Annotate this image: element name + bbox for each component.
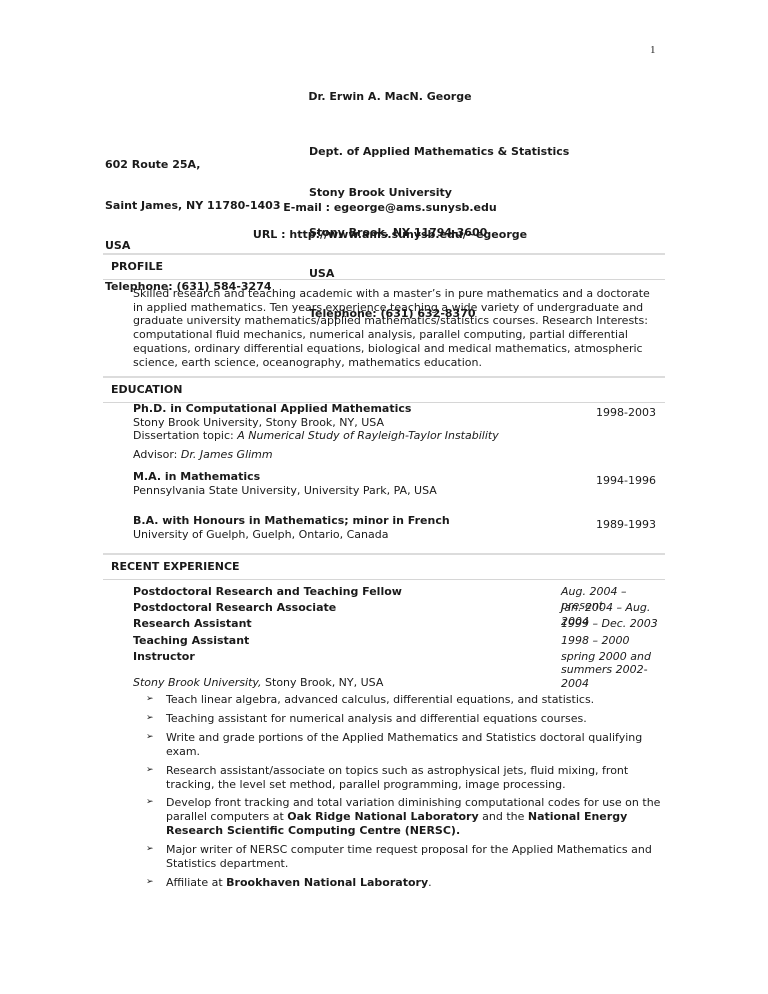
advisor-label: Advisor:: [133, 448, 181, 461]
education-dates: 1998-2003: [596, 406, 656, 420]
section-heading-education: EDUCATION: [103, 376, 665, 403]
arrowhead-bullet-icon: ➢: [146, 731, 154, 745]
institution: University of Guelph, Guelph, Ontario, C…: [133, 528, 663, 542]
section-heading-profile: PROFILE: [103, 253, 665, 280]
positions-list: Postdoctoral Research and Teaching Fello…: [133, 585, 663, 666]
experience-bullet: ➢Major writer of NERSC computer time req…: [146, 843, 666, 871]
institution: Stony Brook University, Stony Brook, NY,…: [133, 416, 663, 430]
experience-bullet: ➢Teach linear algebra, advanced calculus…: [146, 693, 666, 707]
arrowhead-bullet-icon: ➢: [146, 693, 154, 707]
bullet-emphasis: Brookhaven National Laboratory: [226, 876, 428, 889]
work-address-line: Stony Brook University: [309, 186, 569, 200]
degree-title: M.A. in Mathematics: [133, 470, 663, 484]
position-title: Research Assistant: [133, 617, 252, 630]
dissertation-title: A Numerical Study of Rayleigh-Taylor Ins…: [237, 429, 498, 442]
position-row: Postdoctoral Research Associate Jan. 200…: [133, 601, 663, 617]
experience-bullet: ➢Develop front tracking and total variat…: [146, 796, 666, 838]
education-item-ma: M.A. in Mathematics Pennsylvania State U…: [133, 470, 663, 497]
position-title: Postdoctoral Research Associate: [133, 601, 336, 614]
advisor: Advisor: Dr. James Glimm: [133, 448, 663, 462]
position-period-line: summers 2002-2004: [561, 663, 663, 690]
bullet-text: Affiliate at: [166, 876, 226, 889]
experience-bullet: ➢Research assistant/associate on topics …: [146, 764, 666, 792]
home-address: 602 Route 25A, Saint James, NY 11780-140…: [105, 131, 280, 307]
page-number: 1: [650, 44, 656, 56]
work-address-line: Dept. of Applied Mathematics & Statistic…: [309, 145, 569, 159]
degree-title: Ph.D. in Computational Applied Mathemati…: [133, 402, 663, 416]
experience-organization: Stony Brook University, Stony Brook, NY,…: [133, 676, 383, 689]
advisor-name: Dr. James Glimm: [181, 448, 273, 461]
experience-bullets: ➢Teach linear algebra, advanced calculus…: [146, 693, 666, 895]
experience-bullet: ➢Affiliate at Brookhaven National Labora…: [146, 876, 666, 890]
section-heading-experience: RECENT EXPERIENCE: [103, 553, 665, 580]
arrowhead-bullet-icon: ➢: [146, 712, 154, 726]
education-dates: 1994-1996: [596, 474, 656, 488]
url-line: URL : http://www.ams.sunysb.edu/~egeorge: [0, 228, 768, 241]
email-line: E-mail : egeorge@ams.sunysb.edu: [0, 201, 768, 214]
position-title: Instructor: [133, 650, 195, 663]
home-address-line: USA: [105, 239, 280, 253]
education-item-phd: Ph.D. in Computational Applied Mathemati…: [133, 402, 663, 462]
organization-name: Stony Brook University,: [133, 676, 262, 689]
position-period-line: spring 2000 and: [561, 650, 663, 664]
arrowhead-bullet-icon: ➢: [146, 796, 154, 810]
position-title: Teaching Assistant: [133, 634, 249, 647]
position-row: Instructor spring 2000 and summers 2002-…: [133, 650, 663, 666]
arrowhead-bullet-icon: ➢: [146, 876, 154, 890]
bullet-text: Teach linear algebra, advanced calculus,…: [166, 693, 594, 706]
organization-location: Stony Brook, NY, USA: [262, 676, 384, 689]
author-name: Dr. Erwin A. MacN. George: [0, 90, 768, 103]
arrowhead-bullet-icon: ➢: [146, 843, 154, 857]
profile-text: Skilled research and teaching academic w…: [133, 287, 663, 369]
degree-title: B.A. with Honours in Mathematics; minor …: [133, 514, 663, 528]
bullet-text: Teaching assistant for numerical analysi…: [166, 712, 587, 725]
education-dates: 1989-1993: [596, 518, 656, 532]
bullet-text: Research assistant/associate on topics s…: [166, 764, 628, 791]
institution: Pennsylvania State University, Universit…: [133, 484, 663, 498]
arrowhead-bullet-icon: ➢: [146, 764, 154, 778]
dissertation: Dissertation topic: A Numerical Study of…: [133, 429, 663, 443]
position-period: spring 2000 and summers 2002-2004: [561, 650, 663, 691]
home-address-line: 602 Route 25A,: [105, 158, 280, 172]
position-title: Postdoctoral Research and Teaching Fello…: [133, 585, 402, 598]
position-row: Postdoctoral Research and Teaching Fello…: [133, 585, 663, 601]
position-period: 1999 – Dec. 2003: [561, 617, 658, 631]
bullet-emphasis: Oak Ridge National Laboratory: [287, 810, 478, 823]
position-row: Teaching Assistant 1998 – 2000: [133, 634, 663, 650]
bullet-text: Write and grade portions of the Applied …: [166, 731, 642, 758]
position-row: Research Assistant 1999 – Dec. 2003: [133, 617, 663, 633]
experience-bullet: ➢Write and grade portions of the Applied…: [146, 731, 666, 759]
bullet-text: .: [428, 876, 432, 889]
dissertation-label: Dissertation topic:: [133, 429, 237, 442]
education-item-ba: B.A. with Honours in Mathematics; minor …: [133, 514, 663, 541]
position-period: 1998 – 2000: [561, 634, 629, 648]
bullet-text: Major writer of NERSC computer time requ…: [166, 843, 652, 870]
bullet-text: and the: [479, 810, 528, 823]
experience-bullet: ➢Teaching assistant for numerical analys…: [146, 712, 666, 726]
